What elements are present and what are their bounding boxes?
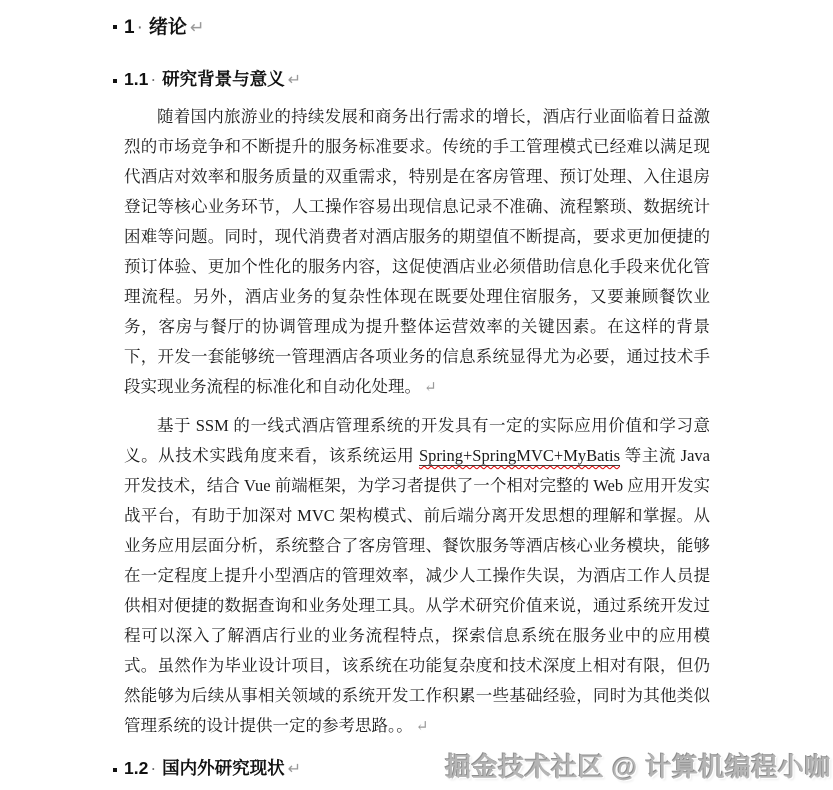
heading-section-1-1[interactable]: 1.1·研究背景与意义↵ [124, 67, 710, 92]
paragraph-research-background[interactable]: 随着国内旅游业的持续发展和商务出行需求的增长，酒店行业面临着日益激烈的市场竞争和… [124, 102, 710, 403]
paragraph-mark-icon: ↵ [190, 17, 205, 37]
heading-title: 绪论 [149, 17, 187, 38]
document-content: 1·绪论↵ 1.1·研究背景与意义↵ 随着国内旅游业的持续发展和商务出行需求的增… [124, 14, 710, 781]
space-mark-icon: · [137, 17, 143, 38]
watermark: 掘金技术社区 @ 计算机编程小咖 [445, 747, 831, 784]
heading-number: 1.2 [124, 758, 148, 778]
paragraph-mark-icon: ↵ [288, 760, 302, 778]
spellcheck-underlined-term: Spring+SpringMVC+MyBatis [419, 446, 620, 466]
heading-title: 研究背景与意义 [162, 69, 285, 89]
heading-bullet-icon [113, 768, 117, 772]
term-text: Spring+SpringMVC+MyBatis [419, 446, 620, 465]
heading-bullet-icon [113, 25, 117, 29]
paragraph-research-significance[interactable]: 基于 SSM 的一线式酒店管理系统的开发具有一定的实际应用价值和学习意义。从技术… [124, 411, 710, 742]
paragraph-mark-icon: ↵ [416, 718, 429, 735]
document-page: 1·绪论↵ 1.1·研究背景与意义↵ 随着国内旅游业的持续发展和商务出行需求的增… [0, 0, 833, 790]
paragraph-text: 等主流 Java 开发技术，结合 Vue 前端框架，为学习者提供了一个相对完整的… [124, 446, 710, 735]
space-mark-icon: · [150, 758, 156, 778]
space-mark-icon: · [150, 69, 156, 89]
heading-title: 国内外研究现状 [162, 758, 285, 778]
heading-number: 1 [124, 17, 135, 38]
heading-chapter-1[interactable]: 1·绪论↵ [124, 14, 710, 41]
paragraph-mark-icon: ↵ [424, 379, 437, 396]
paragraph-mark-icon: ↵ [288, 71, 302, 89]
heading-number: 1.1 [124, 69, 148, 89]
paragraph-text: 随着国内旅游业的持续发展和商务出行需求的增长，酒店行业面临着日益激烈的市场竞争和… [124, 107, 710, 396]
heading-bullet-icon [113, 79, 117, 83]
